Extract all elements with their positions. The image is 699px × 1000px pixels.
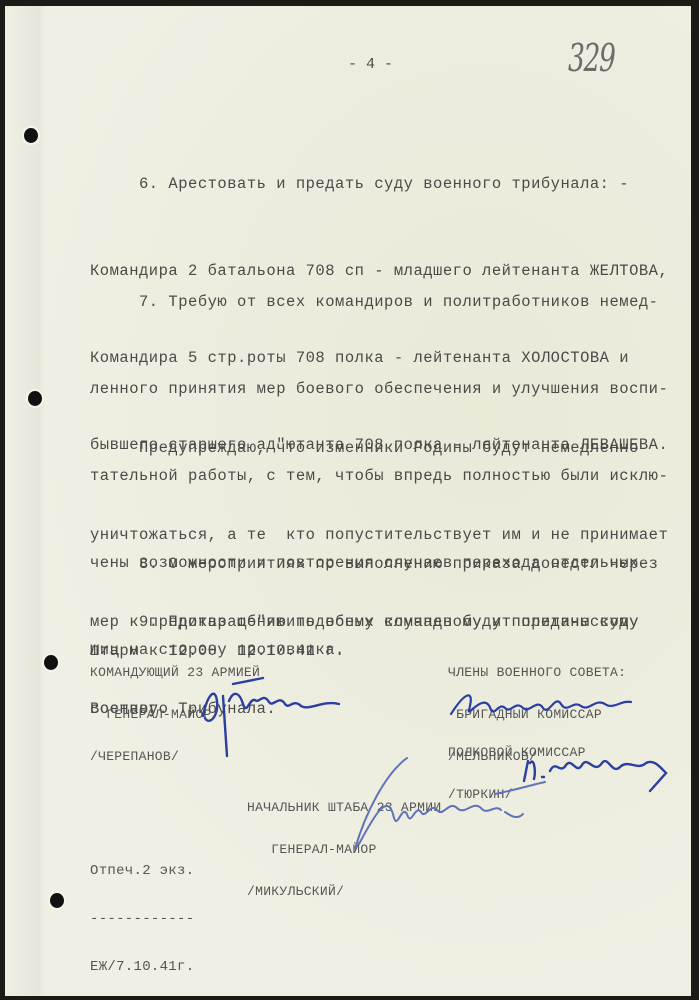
copies-count: Отпеч.2 экз. [90,863,194,879]
text-line: 7. Требую от всех командиров и политрабо… [90,288,668,317]
punch-hole [28,391,42,406]
punch-hole [50,893,64,908]
signer-name: /МИКУЛЬСКИЙ/ [247,885,441,899]
archive-folio-number: 329 [568,36,615,80]
punch-hole [24,128,38,143]
separator-line: ------------ [90,911,194,927]
document-page: 329 - 4 - 6. Арестовать и предать суду в… [5,6,691,996]
footer-typist-note: Отпеч.2 экз. ------------ ЕЖ/7.10.41г. [90,831,194,1000]
text-line: Предупреждаю, что изменники Родины будут… [90,434,668,463]
signer-title: ЧЛЕНЫ ВОЕННОГО СОВЕТА: [448,666,626,680]
handwritten-signature-mikulsky [345,754,555,869]
punch-hole [44,655,58,670]
text-line: 6. Арестовать и предать суду военного тр… [90,170,668,199]
typist-date: ЕЖ/7.10.41г. [90,959,194,975]
page-number: - 4 - [348,56,393,73]
text-line: 9. Приказ об"явить всему командному и по… [90,608,639,637]
handwritten-signature-cherepanov [193,656,353,761]
